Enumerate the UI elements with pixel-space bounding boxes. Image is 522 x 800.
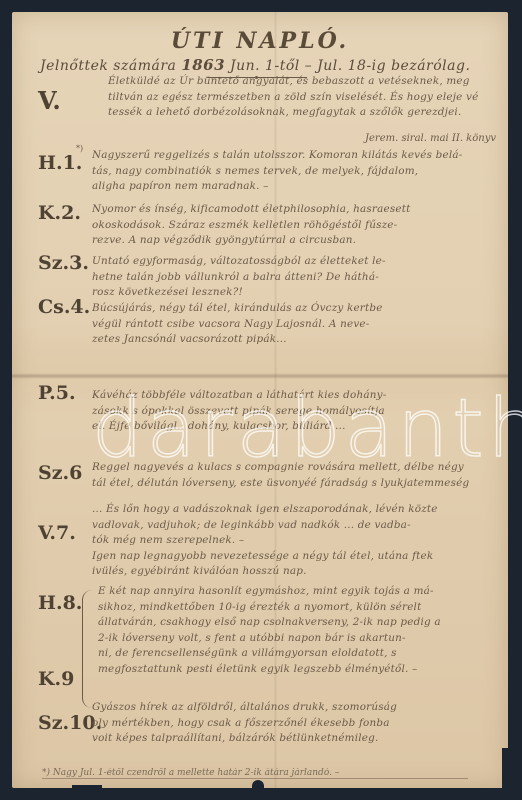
subtitle-year: 1863 bbox=[181, 56, 225, 74]
entry-line: Gyászos hírek az alföldről, általános dr… bbox=[92, 700, 496, 716]
entry-line: E két nap annyira hasonlít egymáshoz, mi… bbox=[98, 584, 496, 600]
entry-line: sikhoz, mindkettőben 10-ig érezték a nyo… bbox=[98, 600, 496, 616]
diary-entry: E két nap annyira hasonlít egymáshoz, mi… bbox=[98, 584, 496, 646]
document-subtitle: Jelnőttek számára 1863 Jun. 1-től – Jul.… bbox=[40, 56, 498, 74]
intro-entry: Életküldé az Úr büntető angyalát, és beb… bbox=[108, 74, 496, 121]
entry-line: tiltván az egész természetben a zöld szí… bbox=[108, 90, 496, 106]
entry-line: Életküldé az Úr büntető angyalát, és beb… bbox=[108, 74, 496, 90]
day-label: Sz.3. bbox=[38, 252, 89, 274]
subtitle-prefix: Jelnőttek számára bbox=[40, 58, 176, 74]
entry-line: oly mértékben, hogy csak a főszerzőnél é… bbox=[92, 716, 496, 732]
day-label: H.8. bbox=[38, 592, 82, 614]
subtitle-suffix: Jun. 1-től – Jul. 18-ig bezárólag. bbox=[230, 58, 470, 74]
day-label: H.1. bbox=[38, 152, 82, 174]
torn-edge bbox=[72, 785, 102, 788]
diary-entry: ... És lőn hogy a vadászoknak igen elsza… bbox=[92, 502, 496, 580]
entry-line: zetes Jancsónál vacsorázott pipák... bbox=[92, 332, 496, 348]
entry-line: okoskodások. Száraz eszmék kelletlen röh… bbox=[92, 218, 496, 234]
entry-line: voit képes talpraállítani, bálzárók bétl… bbox=[92, 731, 496, 747]
torn-edge bbox=[502, 748, 508, 788]
entry-line: ... És lőn hogy a vadászoknak igen elsza… bbox=[92, 502, 496, 518]
day-label-intro: V. bbox=[38, 86, 61, 115]
entry-line: vadlovak, vadjuhok; de leginkább vad nad… bbox=[92, 518, 496, 534]
diary-entry: Kávéház többféle változatban a láthatárt… bbox=[92, 388, 496, 435]
torn-edge bbox=[252, 780, 264, 788]
day-label: Sz.6 bbox=[38, 462, 82, 484]
bracket bbox=[82, 590, 97, 708]
entry-line: Kávéház többféle változatban a láthatárt… bbox=[92, 388, 496, 404]
day-label: Cs.4. bbox=[38, 296, 90, 318]
entry-line: tók még nem szerepelnek. – bbox=[92, 533, 496, 549]
day-label: K.9 bbox=[38, 668, 74, 690]
entry-line: el. Éjfe bővilágl.: dohány, kulacsbor, b… bbox=[92, 419, 496, 435]
diary-entry: ni, de ferencsellenségünk a villámgyorsa… bbox=[98, 646, 496, 677]
entry-line: végül rántott csibe vacsora Nagy Lajosná… bbox=[92, 317, 496, 333]
day-label: V.7. bbox=[38, 522, 76, 544]
entry-line: 2-ik lóverseny volt, s fent a utóbbi nap… bbox=[98, 631, 496, 647]
diary-entry: Reggel nagyevés a kulacs s compagnie rov… bbox=[92, 460, 496, 491]
entry-line: Búcsújárás, négy tál étel, kirándulás az… bbox=[92, 301, 496, 317]
quote-source: Jerem. siral. mai II. könyv bbox=[365, 133, 496, 144]
document-title: ÚTI NAPLÓ. bbox=[12, 28, 508, 54]
entry-line: állatvárán, csakhogy első nap csolnakver… bbox=[98, 615, 496, 631]
entry-line: aligha papíron nem maradnak. – bbox=[92, 179, 496, 195]
entry-line: zásokk s ópokkal összevett pipák serege … bbox=[92, 404, 496, 420]
entry-line: tessék a lehető dorbézolásoknak, megfagy… bbox=[108, 105, 496, 121]
entry-line: rezve. A nap végződik gyöngytúrral a cir… bbox=[92, 233, 496, 249]
entry-line: rosz következései lesznek?! bbox=[92, 285, 496, 301]
entry-line: hetne talán jobb vállunkról a balra átte… bbox=[92, 270, 496, 286]
diary-entry: Nagyszerű reggelizés s talán utolsszor. … bbox=[92, 148, 496, 195]
diary-entry: Búcsújárás, négy tál étel, kirándulás az… bbox=[92, 301, 496, 348]
entry-line: Igen nap legnagyobb nevezetessége a négy… bbox=[92, 549, 496, 565]
entry-line: tás, nagy combinatiók s nemes tervek, de… bbox=[92, 164, 496, 180]
entry-line: ni, de ferencsellenségünk a villámgyorsa… bbox=[98, 646, 496, 662]
entry-line: Reggel nagyevés a kulacs s compagnie rov… bbox=[92, 460, 496, 476]
entry-line: ivülés, egyébiránt kiválóan hosszú nap. bbox=[92, 564, 496, 580]
entry-line: Nyomor és ínség, kificamodott életphilos… bbox=[92, 202, 496, 218]
diary-entry: Nyomor és ínség, kificamodott életphilos… bbox=[92, 202, 496, 249]
day-label: P.5. bbox=[38, 382, 76, 404]
entry-line: megfosztattunk pesti életünk egyik legsz… bbox=[98, 662, 496, 678]
diary-entry: Untató egyformaság, változatosságból az … bbox=[92, 254, 496, 301]
entry-line: Untató egyformaság, változatosságból az … bbox=[92, 254, 496, 270]
diary-entry: Gyászos hírek az alföldről, általános dr… bbox=[92, 700, 496, 747]
entry-line: tál étel, délután lóverseny, este üsvony… bbox=[92, 476, 496, 492]
entry-line: Nagyszerű reggelizés s talán utolsszor. … bbox=[92, 148, 496, 164]
footnote: *) Nagy Jul. 1-étől czendről a mellette … bbox=[42, 768, 468, 779]
day-label: K.2. bbox=[38, 202, 81, 224]
document-paper: ÚTI NAPLÓ. Jelnőttek számára 1863 Jun. 1… bbox=[12, 12, 508, 788]
paper-fold bbox=[12, 373, 508, 379]
